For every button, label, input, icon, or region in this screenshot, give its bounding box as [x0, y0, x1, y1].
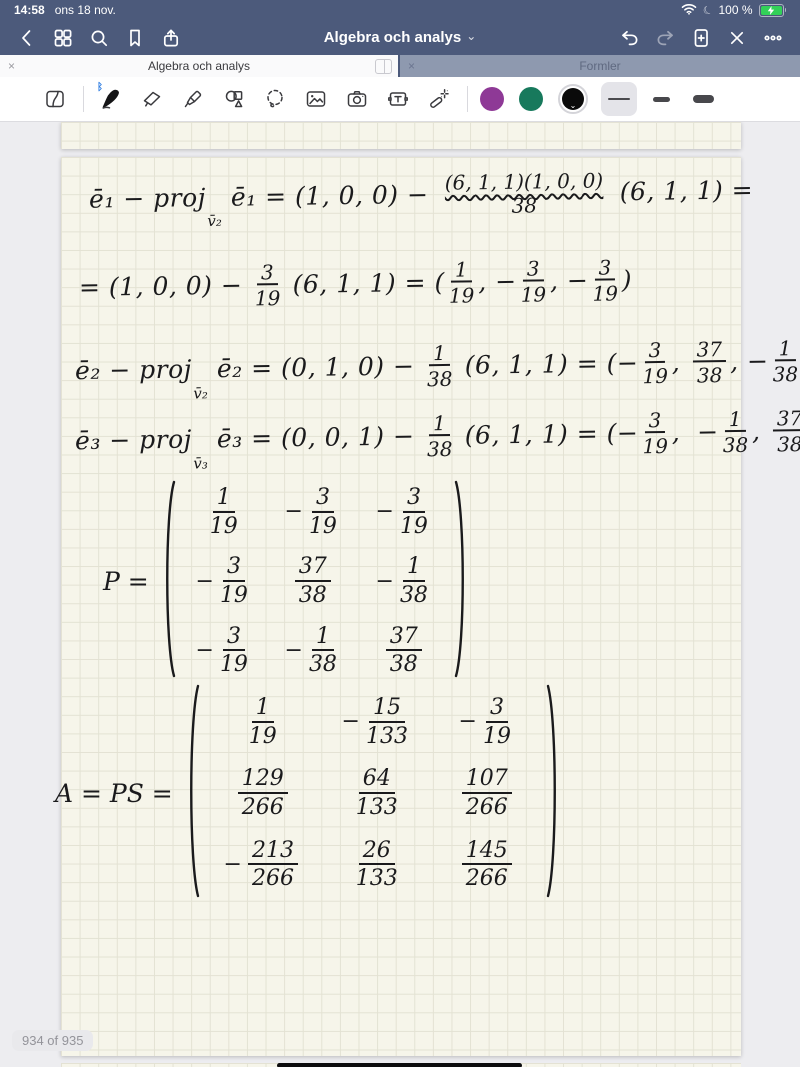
- handwritten-equation-3: ē₂ − projv̄₂ ē₂ = (0, 1, 0) − 138 (6, 1,…: [75, 336, 800, 395]
- do-not-disturb-moon-icon: ☾: [700, 2, 714, 18]
- color-swatch-purple[interactable]: [480, 87, 504, 111]
- eraser-tool-icon[interactable]: [137, 83, 167, 115]
- share-button[interactable]: [156, 24, 186, 52]
- tab-label: Formler: [400, 59, 800, 73]
- stroke-width-thick[interactable]: [685, 82, 721, 116]
- handwritten-matrix-P: P = 119−319−319−3193738−138−319−1383738: [103, 479, 469, 683]
- notebook-title[interactable]: Algebra och analys ⌄: [324, 29, 477, 46]
- handwritten-divider-stroke: [277, 1063, 522, 1067]
- status-bar: 14:58 ons 18 nov. ☾ 100 %: [0, 0, 800, 20]
- left-paren: [185, 683, 201, 903]
- toolbar-divider: [83, 86, 84, 112]
- thumbnails-grid-button[interactable]: [48, 24, 78, 52]
- clock-label: 14:58: [14, 3, 45, 17]
- right-paren: [545, 683, 561, 903]
- stroke-width-thin[interactable]: [601, 82, 637, 116]
- tab-close-icon[interactable]: ×: [400, 59, 423, 73]
- date-label: ons 18 nov.: [55, 3, 116, 17]
- handwritten-matrix-A: A = PS = 119−15133−31912926664133107266−…: [55, 683, 561, 903]
- lasso-tool-icon[interactable]: [260, 83, 290, 115]
- highlighter-tool-icon[interactable]: [178, 83, 208, 115]
- drawing-toolbar: ᛒ: [0, 77, 800, 122]
- notebook-pages-icon[interactable]: [40, 83, 70, 115]
- add-page-button[interactable]: [686, 24, 716, 52]
- page-number-badge: 934 of 935: [12, 1030, 93, 1051]
- handwritten-equation-4: ē₃ − projv̄₃ ē₃ = (0, 0, 1) − 138 (6, 1,…: [75, 406, 800, 465]
- pen-tool-icon[interactable]: ᛒ: [96, 83, 126, 115]
- tab-algebra-och-analys[interactable]: × Algebra och analys: [0, 55, 398, 77]
- next-page-top-edge[interactable]: [61, 1063, 741, 1067]
- current-page[interactable]: ē₁ − projv̄₂ ē₁ = (1, 0, 0) − (6, 1, 1)(…: [61, 157, 741, 1056]
- wifi-icon: [681, 3, 697, 18]
- tab-label: Algebra och analys: [0, 59, 398, 73]
- tab-formler[interactable]: × Formler: [400, 55, 800, 77]
- stroke-width-medium[interactable]: [643, 82, 679, 116]
- battery-percent-label: 100 %: [718, 3, 752, 17]
- insert-image-icon[interactable]: [301, 83, 331, 115]
- right-paren: [453, 479, 469, 683]
- chevron-down-icon: ⌄: [466, 29, 476, 43]
- handwritten-equation-1: ē₁ − projv̄₂ ē₁ = (1, 0, 0) − (6, 1, 1)(…: [89, 166, 754, 222]
- laser-pointer-icon[interactable]: [424, 83, 454, 115]
- note-canvas: ē₁ − projv̄₂ ē₁ = (1, 0, 0) − (6, 1, 1)(…: [0, 122, 800, 1067]
- left-paren: [161, 479, 177, 683]
- color-swatch-green[interactable]: [519, 87, 543, 111]
- back-button[interactable]: [12, 24, 42, 52]
- redo-button[interactable]: [650, 24, 680, 52]
- text-tool-icon[interactable]: [383, 83, 413, 115]
- handwritten-equation-2: = (1, 0, 0) − 319 (6, 1, 1) = (119, −319…: [79, 255, 633, 311]
- camera-icon[interactable]: [342, 83, 372, 115]
- close-notebook-button[interactable]: [722, 24, 752, 52]
- tab-bar: × Algebra och analys × Formler: [0, 55, 800, 77]
- battery-charging-icon: [759, 4, 787, 17]
- shapes-tool-icon[interactable]: [219, 83, 249, 115]
- toolbar-divider: [467, 86, 468, 112]
- split-view-icon[interactable]: [375, 59, 392, 74]
- bluetooth-icon: ᛒ: [97, 82, 103, 93]
- tab-close-icon[interactable]: ×: [0, 59, 23, 73]
- more-options-button[interactable]: [758, 24, 788, 52]
- navigation-bar: Algebra och analys ⌄: [0, 20, 800, 55]
- undo-button[interactable]: [614, 24, 644, 52]
- previous-page-bottom-edge[interactable]: [61, 122, 741, 149]
- color-swatch-black-selected[interactable]: [558, 84, 588, 114]
- bookmark-button[interactable]: [120, 24, 150, 52]
- search-button[interactable]: [84, 24, 114, 52]
